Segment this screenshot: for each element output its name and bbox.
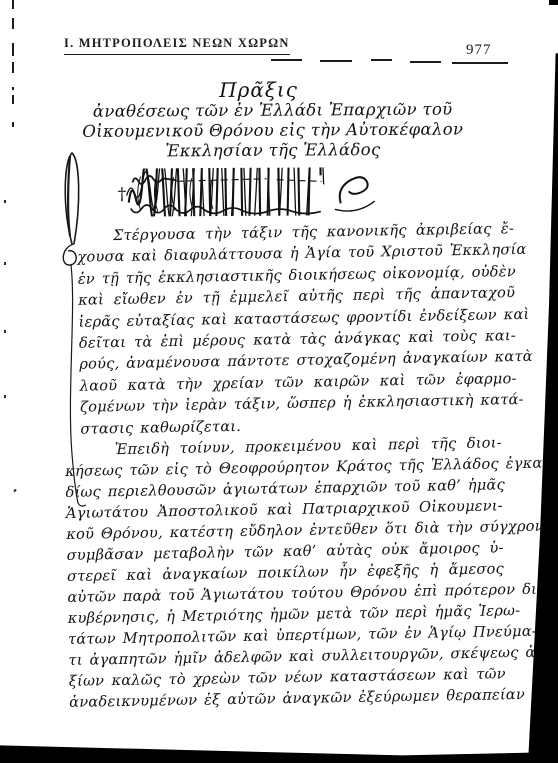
margin-speck [13,489,16,493]
act-title-word: Πρᾶξις [36,77,481,102]
binding-dash [12,0,14,9]
paragraph-2: Ἐπειδὴ τοίνυν, προκειμένου καὶ περὶ τῆς … [65,432,507,713]
act-title-line: Ἐκκλησίαν τῆς Ἑλλάδος [50,139,495,162]
margin-speck [4,330,6,333]
binding-dash [12,43,14,56]
act-body: Στέργουσα τὴν τάξιν τῆς κανονικῆς ἀκριβε… [61,218,514,713]
act-title-line: ἀναθέσεως τῶν ἐν Ἑλλάδι Ἐπαρχιῶν τοῦ [50,99,495,122]
paragraph-1: Στέργουσα τὴν τάξιν τῆς κανονικῆς ἀκριβε… [61,218,518,440]
page-number-underline [452,62,508,64]
cross-icon: † [118,185,127,205]
header-rule-dash [410,61,441,63]
header-rule-dash [271,59,302,61]
act-title: Πρᾶξις ἀναθέσεως τῶν ἐν Ἑλλάδι Ἐπαρχιῶν … [50,77,495,162]
margin-speck [4,395,6,398]
margin-speck [4,200,6,203]
patriarchal-signature-calligraphy: † [117,167,383,217]
scanned-document-page: Ι. ΜΗΤΡΟΠΟΛΕΙΣ ΝΕΩΝ ΧΩΡΩΝ 977 Πρᾶξις ἀνα… [0,0,558,763]
binding-dash [12,18,14,29]
binding-dash [12,62,14,73]
margin-speck [4,262,6,265]
act-title-line: Οἰκουμενικοῦ Θρόνου εἰς τὴν Αὐτοκέφαλον [50,119,495,142]
binding-dash [12,122,14,127]
running-title: Ι. ΜΗΤΡΟΠΟΛΕΙΣ ΝΕΩΝ ΧΩΡΩΝ [64,36,290,55]
scan-edge-shadow-bottom [0,743,558,763]
scan-corner-mark [549,0,558,5]
header-rule-dash [371,59,392,61]
binding-dash [12,95,14,104]
manuscript-block: Πρᾶξις ἀναθέσεως τῶν ἐν Ἑλλάδι Ἐπαρχιῶν … [60,77,509,713]
header-rule-dash [320,60,352,62]
page-number: 977 [466,42,492,59]
binding-dash [12,87,14,90]
